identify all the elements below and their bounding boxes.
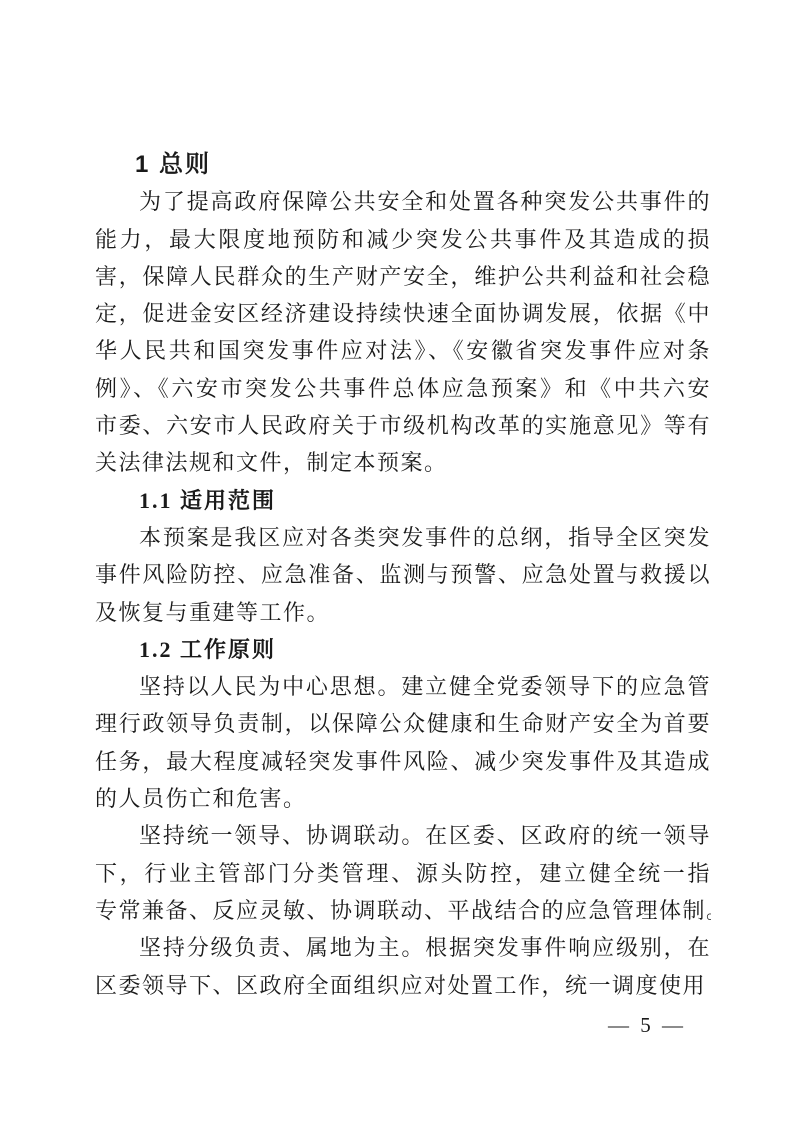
paragraph: 坚持分级负责、属地为主。根据突发事件响应级别，在区委领导下、区政府全面组织应对处…	[95, 929, 711, 1004]
document-page: 1 总则为了提高政府保障公共安全和处置各种突发公共事件的能力，最大限度地预防和减…	[0, 0, 793, 1122]
text-line: 及恢复与重建等工作。	[95, 594, 711, 631]
section-heading: 1.2 工作原则	[95, 631, 711, 668]
document-content: 1 总则为了提高政府保障公共安全和处置各种突发公共事件的能力，最大限度地预防和减…	[95, 146, 711, 1004]
chapter-heading: 1 总则	[95, 146, 711, 183]
text-line: 关法律法规和文件，制定本预案。	[95, 444, 711, 481]
text-line: 任务，最大程度减轻突发事件风险、减少突发事件及其造成	[95, 743, 711, 780]
text-line: 下，行业主管部门分类管理、源头防控，建立健全统一指挥、	[95, 855, 711, 892]
paragraph: 本预案是我区应对各类突发事件的总纲，指导全区突发事件风险防控、应急准备、监测与预…	[95, 519, 711, 631]
section-heading: 1.1 适用范围	[95, 482, 711, 519]
text-line: 坚持分级负责、属地为主。根据突发事件响应级别，在	[95, 929, 711, 966]
text-line: 本预案是我区应对各类突发事件的总纲，指导全区突发	[95, 519, 711, 556]
text-line: 区委领导下、区政府全面组织应对处置工作，统一调度使用	[95, 967, 711, 1004]
text-line: 定，促进金安区经济建设持续快速全面协调发展，依据《中	[95, 295, 711, 332]
page-number: — 5 —	[95, 1010, 686, 1040]
paragraph: 坚持统一领导、协调联动。在区委、区政府的统一领导下，行业主管部门分类管理、源头防…	[95, 817, 711, 929]
text-line: 专常兼备、反应灵敏、协调联动、平战结合的应急管理体制。	[95, 892, 711, 929]
text-line: 事件风险防控、应急准备、监测与预警、应急处置与救援以	[95, 556, 711, 593]
text-line: 市委、六安市人民政府关于市级机构改革的实施意见》等有	[95, 407, 711, 444]
text-line: 例》、《六安市突发公共事件总体应急预案》和《中共六安	[95, 370, 711, 407]
text-line: 理行政领导负责制，以保障公众健康和生命财产安全为首要	[95, 705, 711, 742]
text-line: 坚持以人民为中心思想。建立健全党委领导下的应急管	[95, 668, 711, 705]
text-line: 害，保障人民群众的生产财产安全，维护公共利益和社会稳	[95, 258, 711, 295]
text-line: 为了提高政府保障公共安全和处置各种突发公共事件的	[95, 183, 711, 220]
paragraph: 坚持以人民为中心思想。建立健全党委领导下的应急管理行政领导负责制，以保障公众健康…	[95, 668, 711, 817]
text-line: 华人民共和国突发事件应对法》、《安徽省突发事件应对条	[95, 332, 711, 369]
text-line: 坚持统一领导、协调联动。在区委、区政府的统一领导	[95, 817, 711, 854]
paragraph: 为了提高政府保障公共安全和处置各种突发公共事件的能力，最大限度地预防和减少突发公…	[95, 183, 711, 481]
text-line: 的人员伤亡和危害。	[95, 780, 711, 817]
text-line: 能力，最大限度地预防和减少突发公共事件及其造成的损	[95, 221, 711, 258]
